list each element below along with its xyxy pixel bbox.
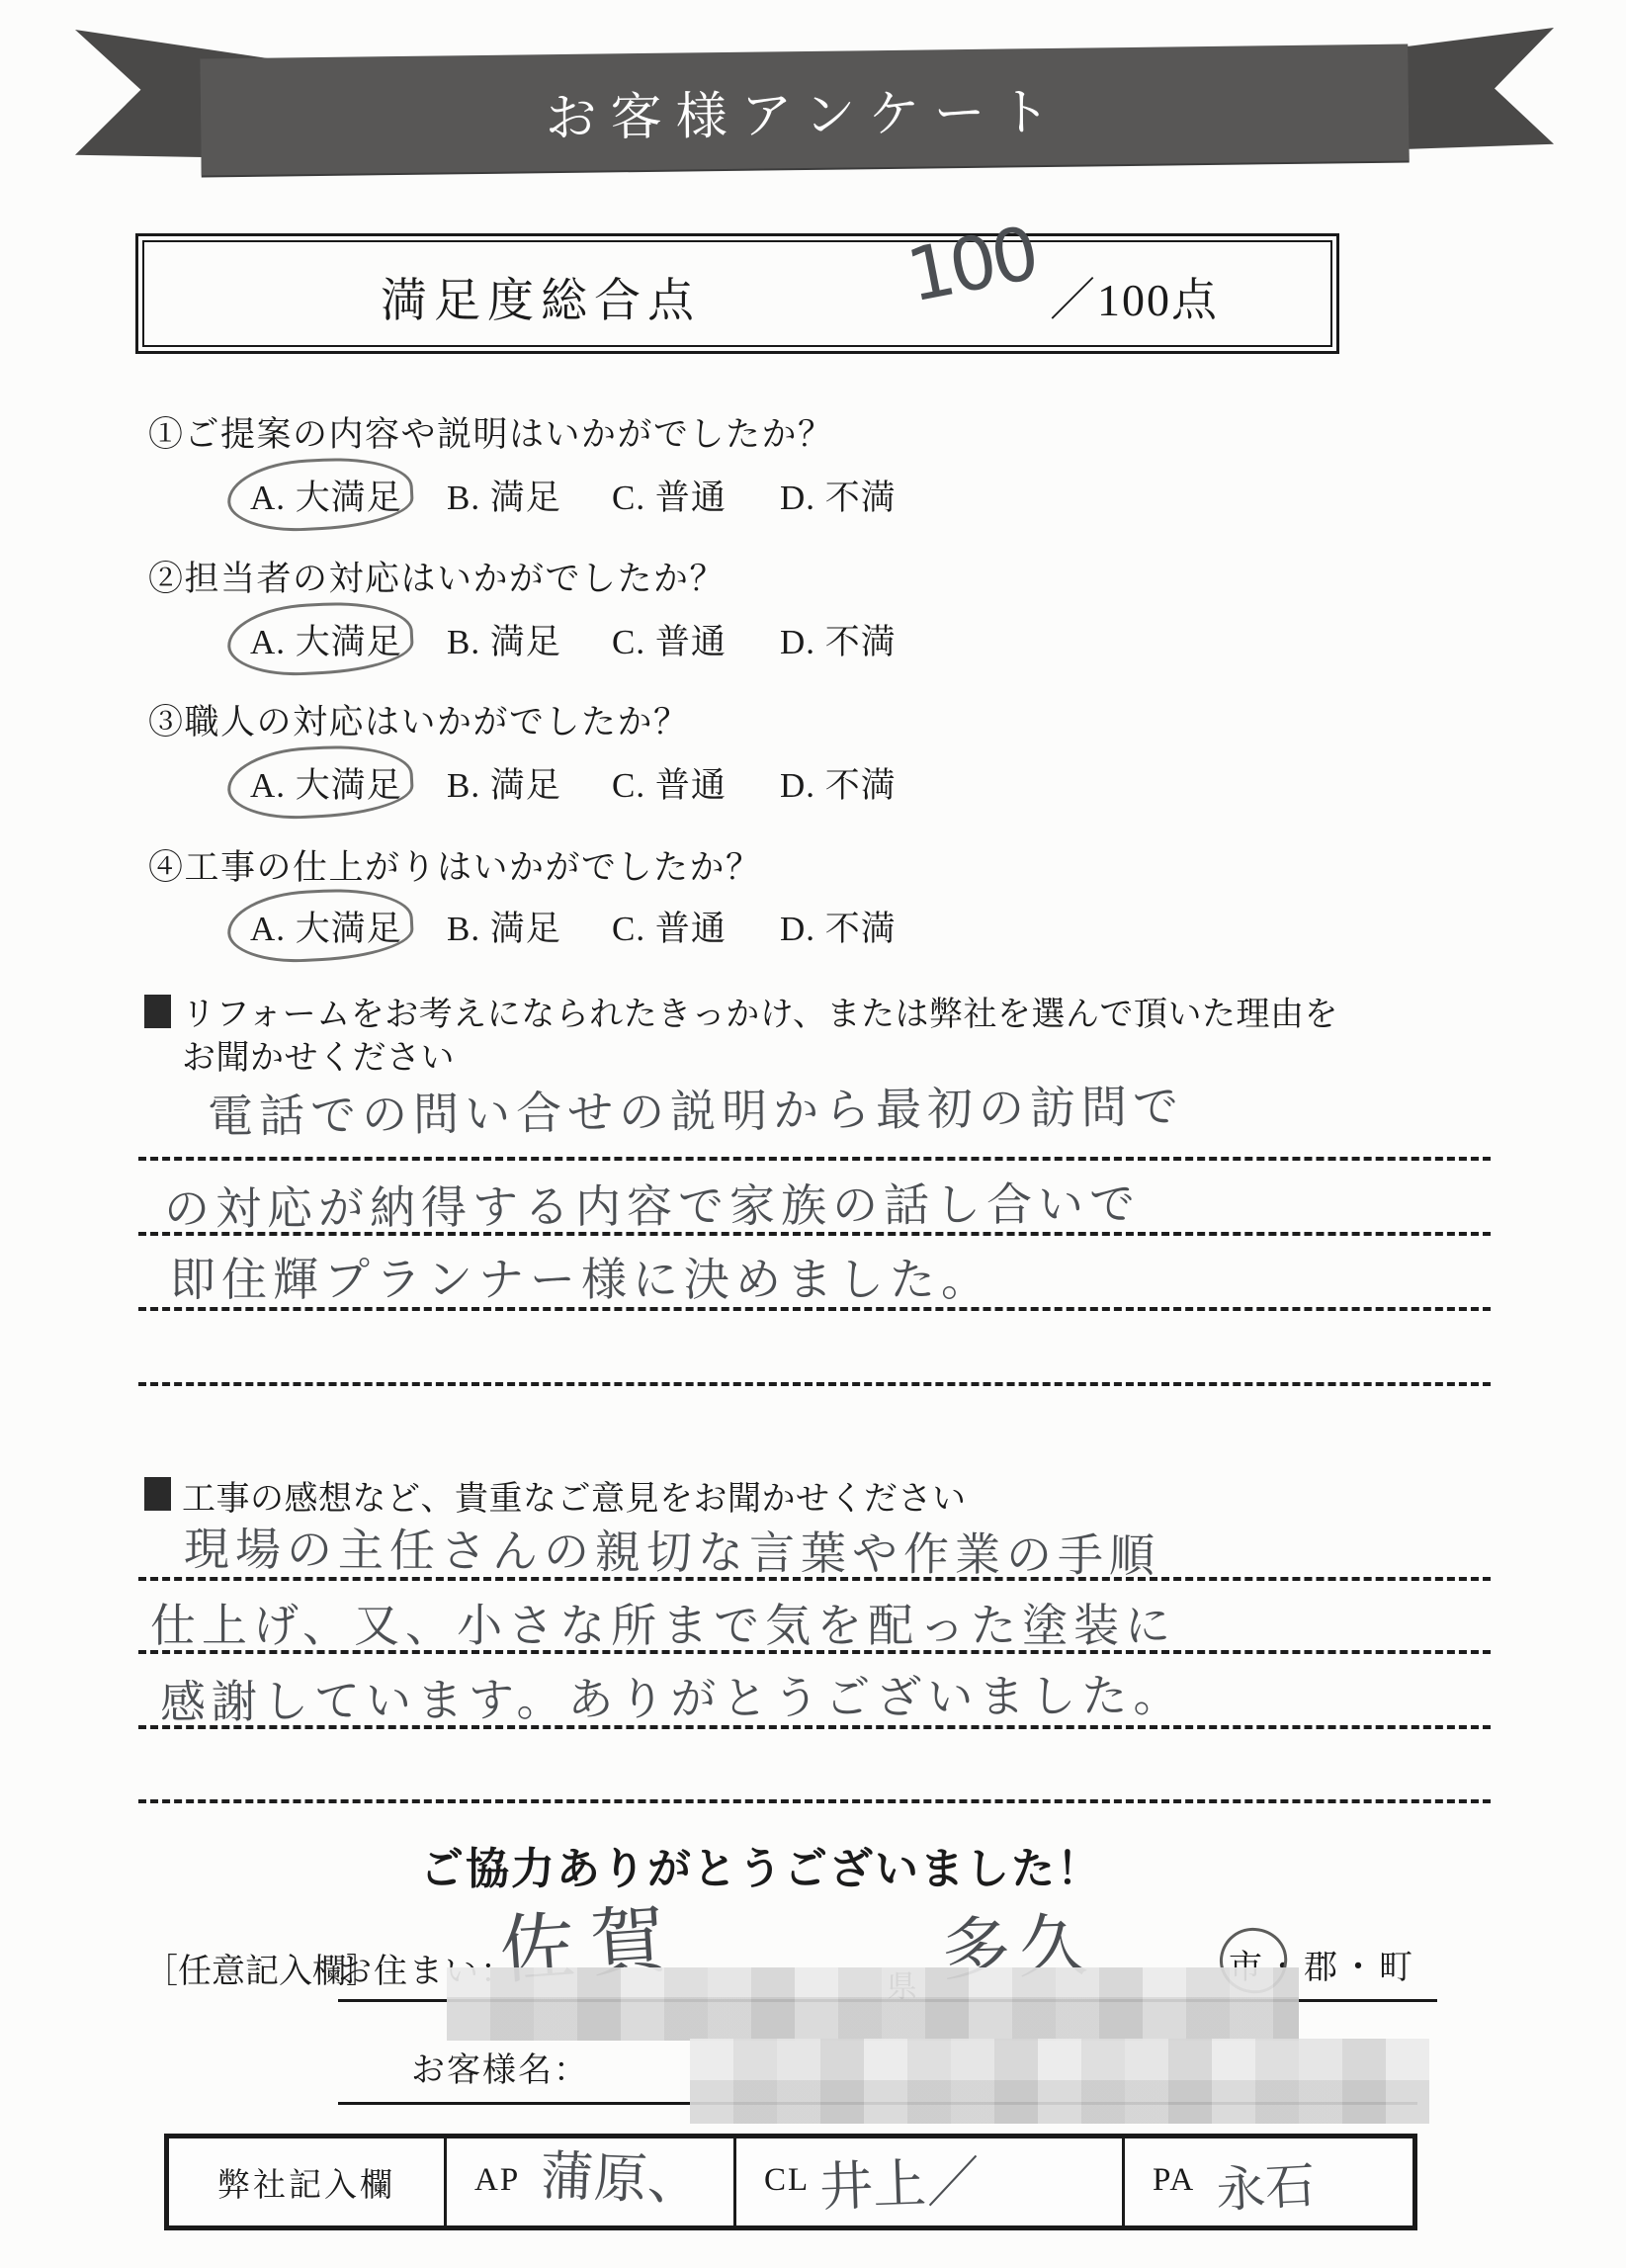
- option-b: B. 満足: [447, 902, 561, 951]
- option-a: A. 大満足: [250, 902, 402, 951]
- option-c: C. 普通: [612, 471, 727, 520]
- question-1-text: ①ご提案の内容や説明はいかがでしたか？: [148, 407, 834, 457]
- company-use-label-cell: 弊社記入欄: [169, 2138, 444, 2225]
- section2-handwritten-line: 感謝しています。ありがとうございました。: [160, 1659, 1185, 1731]
- ap-cell: AP 蒲原、: [444, 2138, 733, 2225]
- question-1-options: A. 大満足 B. 満足 C. 普通 D. 不満: [0, 465, 1626, 520]
- pa-code-label: PA: [1153, 2162, 1195, 2199]
- cl-handwritten-name: 井上／: [818, 2139, 982, 2222]
- option-b: B. 満足: [447, 471, 561, 520]
- score-denominator: ／100点: [1050, 264, 1219, 329]
- section2-title: 工事の感想など、貴重なご意見をお聞かせください: [182, 1471, 967, 1520]
- section1-title-line1: リフォームをお考えになられたきっかけ、または弊社を選んで頂いた理由を: [182, 987, 1338, 1035]
- section1-title-line2: お聞かせください: [182, 1030, 455, 1079]
- section2-handwritten-line: 仕上げ、又、小さな所まで気を配った塗装に: [150, 1590, 1176, 1655]
- option-a: A. 大満足: [250, 615, 402, 664]
- censored-name-mosaic: [690, 2039, 1429, 2124]
- dashed-answer-rule: [138, 1232, 1491, 1236]
- option-a: A. 大満足: [250, 471, 402, 520]
- option-c: C. 普通: [612, 758, 727, 808]
- score-label: 満足度総合点: [381, 264, 701, 330]
- dashed-answer-rule: [138, 1650, 1491, 1654]
- score-box: 満足度総合点 100 ／100点: [135, 233, 1339, 354]
- option-d: D. 不満: [780, 902, 897, 951]
- ap-handwritten-name: 蒲原、: [540, 2134, 703, 2216]
- question-3-options: A. 大満足 B. 満足 C. 普通 D. 不満: [0, 752, 1626, 808]
- form-title: お客様アンケート: [545, 69, 1065, 149]
- company-use-label: 弊社記入欄: [217, 2159, 395, 2206]
- ribbon-banner: お客様アンケート: [200, 44, 1409, 176]
- option-d: D. 不満: [780, 758, 897, 808]
- section1-handwritten-line: 電話での問い合せの説明から最初の訪問で: [208, 1071, 1185, 1146]
- question-2-options: A. 大満足 B. 満足 C. 普通 D. 不満: [0, 609, 1626, 664]
- pa-cell: PA 永石: [1122, 2138, 1412, 2225]
- cl-cell: CL 井上／: [733, 2138, 1122, 2225]
- question-4-text: ④工事の仕上がりはいかがでしたか？: [148, 840, 762, 890]
- dashed-answer-rule: [138, 1307, 1491, 1311]
- question-3-text: ③職人の対応はいかがでしたか？: [148, 695, 690, 744]
- option-c: C. 普通: [612, 902, 727, 951]
- section-bullet-icon: [144, 995, 171, 1028]
- option-a: A. 大満足: [250, 758, 402, 808]
- company-use-table: 弊社記入欄 AP 蒲原、 CL 井上／ PA 永石: [164, 2134, 1417, 2230]
- censored-address-mosaic: [447, 1967, 1299, 2041]
- ap-code-label: AP: [474, 2162, 520, 2199]
- option-c: C. 普通: [612, 615, 727, 664]
- dashed-answer-rule: [138, 1382, 1491, 1386]
- dashed-answer-rule: [138, 1725, 1491, 1729]
- option-b: B. 満足: [447, 615, 561, 664]
- dashed-answer-rule: [138, 1799, 1491, 1803]
- question-2-text: ②担当者の対応はいかがでしたか？: [148, 552, 726, 601]
- survey-form-page: お客様アンケート 満足度総合点 100 ／100点 ①ご提案の内容や説明はいかが…: [0, 0, 1626, 2268]
- option-b: B. 満足: [447, 758, 561, 808]
- option-d: D. 不満: [780, 471, 897, 520]
- section2-handwritten-line: 現場の主任さんの親切な言葉や作業の手順: [184, 1514, 1160, 1586]
- customer-name-label: お客様名：: [411, 2043, 589, 2091]
- cl-code-label: CL: [764, 2162, 810, 2199]
- dashed-answer-rule: [138, 1577, 1491, 1581]
- section-bullet-icon: [144, 1477, 171, 1511]
- dashed-answer-rule: [138, 1157, 1491, 1161]
- question-4-options: A. 大満足 B. 満足 C. 普通 D. 不満: [0, 896, 1626, 951]
- handwritten-score: 100: [900, 211, 1042, 318]
- option-d: D. 不満: [780, 615, 897, 664]
- pa-handwritten-name: 永石: [1214, 2145, 1317, 2222]
- section1-handwritten-line: の対応が納得する内容で家族の話し合いで: [164, 1168, 1141, 1238]
- thanks-message: ご協力ありがとうございました！: [420, 1833, 1102, 1896]
- section1-handwritten-line: 即住輝プランナー様に決めました。: [170, 1244, 992, 1309]
